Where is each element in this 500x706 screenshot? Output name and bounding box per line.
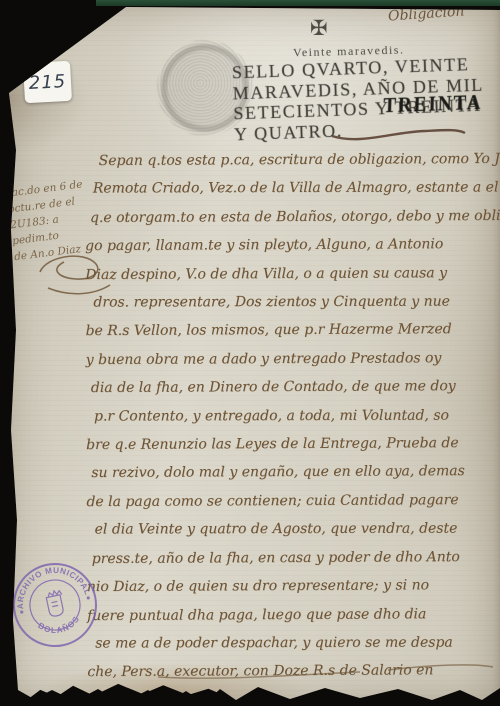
manuscript-line: el dia Veinte y quatro de Agosto, que ve…	[87, 515, 500, 544]
top-right-annotation: Obligacion	[388, 3, 465, 24]
manuscript-line: che, Pers.a, executor, con Doze R.s de S…	[87, 656, 500, 687]
manuscript-line: p.r Contento, y entregado, a toda, mi Vo…	[86, 401, 500, 430]
manuscript-body: Sepan q.tos esta p.ca, escritura de obli…	[85, 145, 500, 687]
manuscript-line: dia de la fha, en Dinero de Contado, de …	[86, 372, 500, 403]
manuscript-line: dros. representare, Dos zientos y Cinque…	[85, 287, 499, 316]
manuscript-line: bre q.e Renunzio las Leyes de la Entrega…	[86, 429, 500, 460]
svg-text:BOLAÑOS: BOLAÑOS	[35, 613, 84, 639]
manuscript-paper: florido Obligacion ✠ 215 Veinte maravedi…	[0, 0, 500, 706]
stamp-dot-left	[20, 610, 24, 614]
archive-municipal-stamp: ARCHIVO MUNICIPAL BOLAÑOS	[0, 547, 113, 663]
manuscript-line: Sepan q.tos esta p.ca, escritura de obli…	[85, 145, 499, 176]
cross-icon: ✠	[310, 16, 328, 40]
manuscript-line: su rezivo, dolo mal y engaño, que en ell…	[86, 457, 500, 488]
manuscript-line: go pagar, llanam.te y sin pleyto, Alguno…	[85, 230, 499, 261]
archive-number-label: 215	[23, 61, 72, 103]
manuscript-line: y buena obra me a dado y entregado Prest…	[86, 344, 500, 375]
manuscript-line: de la paga como se contienen; cuia Canti…	[86, 486, 500, 517]
stamp-dot-right	[86, 596, 90, 600]
manuscript-line: fuere puntual dha paga, luego que pase d…	[87, 599, 500, 630]
manuscript-line: q.e otorgam.to en esta de Bolaños, otorg…	[85, 202, 499, 233]
manuscript-line: be R.s Vellon, los mismos, que p.r Hazer…	[85, 315, 499, 346]
manuscript-line: Remota Criado, Vez.o de la Villa de Alma…	[85, 174, 499, 203]
manuscript-line: se me a de poder despachar, y quiero se …	[87, 628, 500, 657]
scan-edge-strip	[96, 0, 500, 6]
manuscript-line: Diaz despino, V.o de dha Villa, o a quie…	[85, 259, 499, 290]
tax-stamp-overprint: TREINTA	[383, 93, 483, 119]
top-left-annotation: florido	[55, 4, 106, 23]
tax-stamp-text: SELLO QVARTO, VEINTE MARAVEDIS, AÑO DE M…	[232, 54, 486, 145]
stamp-arc-bottom-text: BOLAÑOS	[35, 613, 84, 639]
manuscript-line: nio Diaz, o de quien su dro representare…	[87, 571, 500, 602]
stamp-shield-icon	[45, 589, 66, 617]
document-photo: florido Obligacion ✠ 215 Veinte maravedi…	[0, 0, 500, 706]
manuscript-line: press.te, año de la fha, en casa y poder…	[87, 543, 500, 574]
